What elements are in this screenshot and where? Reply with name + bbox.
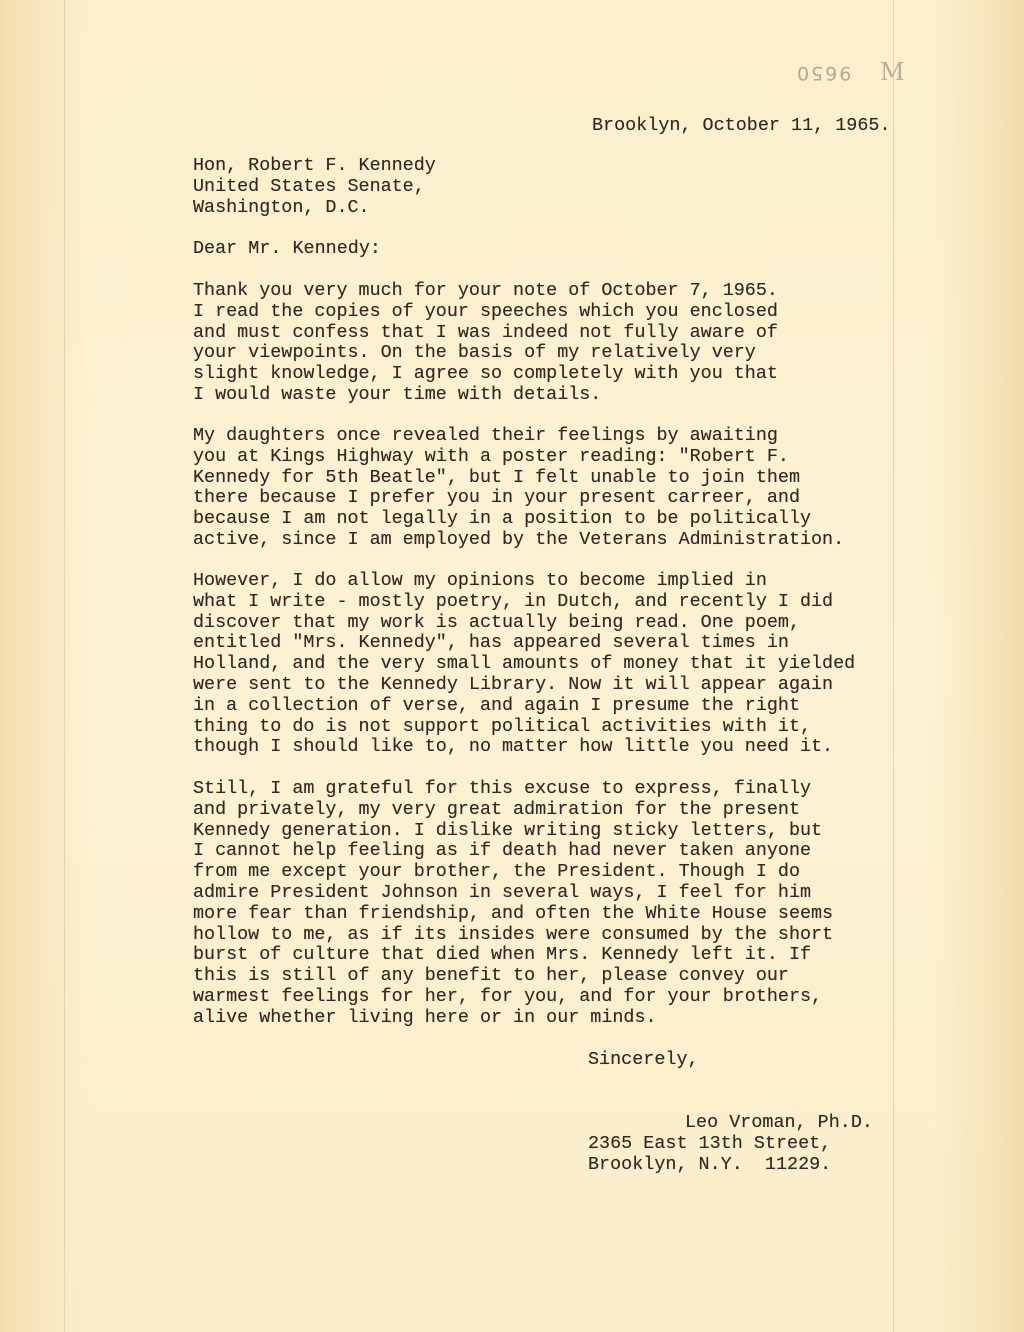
text-line: active, since I am employed by the Veter… <box>193 530 844 551</box>
text-line: though I should like to, no matter how l… <box>193 737 855 758</box>
text-line: I read the copies of your speeches which… <box>193 302 778 323</box>
text-line: warmest feelings for her, for you, and f… <box>193 987 833 1008</box>
signature-name: Leo Vroman, Ph.D. <box>685 1113 873 1134</box>
closing: Sincerely, <box>588 1050 699 1071</box>
text-line: slight knowledge, I agree so completely … <box>193 364 778 385</box>
recipient-address: Hon, Robert F. Kennedy United States Sen… <box>193 156 436 218</box>
dateline: Brooklyn, October 11, 1965. <box>592 116 891 137</box>
recipient-line: United States Senate, <box>193 177 436 198</box>
text-line: My daughters once revealed their feeling… <box>193 426 844 447</box>
text-line: hollow to me, as if its insides were con… <box>193 925 833 946</box>
text-line: Holland, and the very small amounts of m… <box>193 654 855 675</box>
text-line: this is still of any benefit to her, ple… <box>193 966 833 987</box>
signature-address-line1: 2365 East 13th Street, <box>588 1134 831 1155</box>
text-line: Kennedy generation. I dislike writing st… <box>193 821 833 842</box>
text-line: entitled "Mrs. Kennedy", has appeared se… <box>193 633 855 654</box>
text-line: I cannot help feeling as if death had ne… <box>193 841 833 862</box>
recipient-line: Hon, Robert F. Kennedy <box>193 156 436 177</box>
text-line: thing to do is not support political act… <box>193 717 855 738</box>
paragraph-4: Still, I am grateful for this excuse to … <box>193 779 833 1029</box>
text-line: Still, I am grateful for this excuse to … <box>193 779 833 800</box>
text-line: your viewpoints. On the basis of my rela… <box>193 343 778 364</box>
text-line: Thank you very much for your note of Oct… <box>193 281 778 302</box>
paragraph-3: However, I do allow my opinions to becom… <box>193 571 855 758</box>
paper-fold-left <box>64 0 65 1332</box>
archive-number-mark: 9650 <box>795 62 851 84</box>
salutation: Dear Mr. Kennedy: <box>193 239 381 260</box>
recipient-line: Washington, D.C. <box>193 198 436 219</box>
text-line: alive whether living here or in our mind… <box>193 1008 833 1029</box>
paper-fold-right <box>893 0 894 1332</box>
paragraph-1: Thank you very much for your note of Oct… <box>193 281 778 406</box>
text-line: more fear than friendship, and often the… <box>193 904 833 925</box>
archive-initials-mark: M <box>880 58 905 86</box>
text-line: what I write - mostly poetry, in Dutch, … <box>193 592 855 613</box>
paragraph-2: My daughters once revealed their feeling… <box>193 426 844 551</box>
text-line: in a collection of verse, and again I pr… <box>193 696 855 717</box>
text-line: and privately, my very great admiration … <box>193 800 833 821</box>
text-line: you at Kings Highway with a poster readi… <box>193 447 844 468</box>
text-line: and must confess that I was indeed not f… <box>193 323 778 344</box>
text-line: However, I do allow my opinions to becom… <box>193 571 855 592</box>
text-line: because I am not legally in a position t… <box>193 509 844 530</box>
text-line: from me except your brother, the Preside… <box>193 862 833 883</box>
text-line: were sent to the Kennedy Library. Now it… <box>193 675 855 696</box>
text-line: discover that my work is actually being … <box>193 613 855 634</box>
text-line: Kennedy for 5th Beatle", but I felt unab… <box>193 468 844 489</box>
text-line: there because I prefer you in your prese… <box>193 488 844 509</box>
text-line: I would waste your time with details. <box>193 385 778 406</box>
text-line: burst of culture that died when Mrs. Ken… <box>193 945 833 966</box>
text-line: admire President Johnson in several ways… <box>193 883 833 904</box>
signature-address-line2: Brooklyn, N.Y. 11229. <box>588 1155 831 1176</box>
